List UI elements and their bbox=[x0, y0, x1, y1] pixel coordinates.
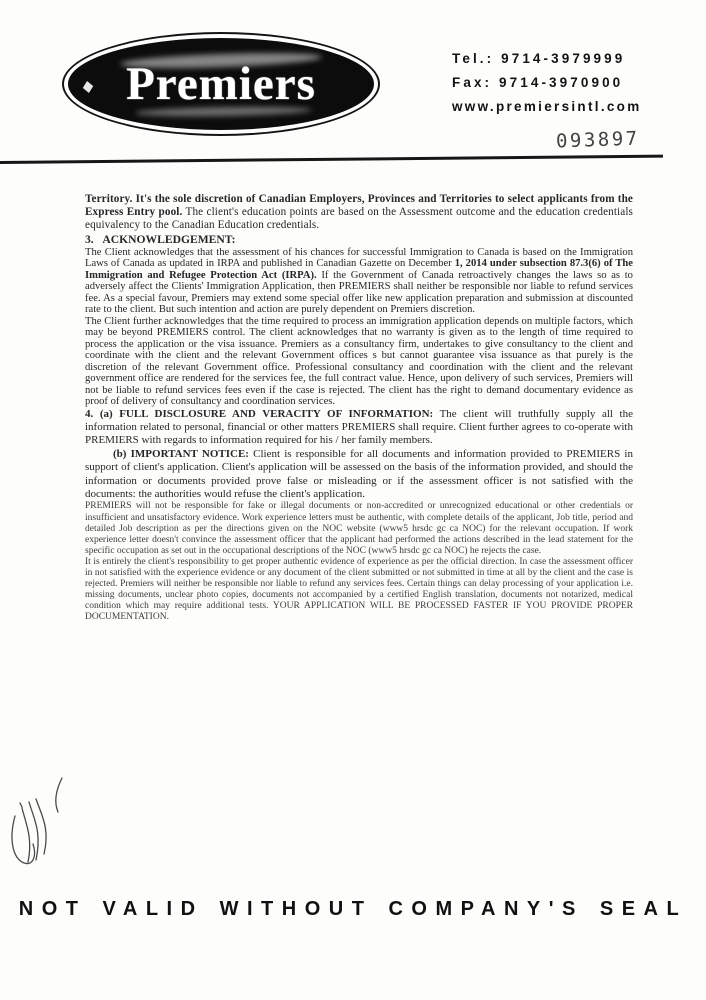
contract-text: Territory. It's the sole discretion of C… bbox=[85, 193, 633, 623]
premiers-logo-oval: Premiers bbox=[68, 38, 374, 130]
paragraph-important-notice: (b) IMPORTANT NOTICE: Client is responsi… bbox=[85, 448, 633, 502]
paragraph-acknowledgement-1: The Client acknowledges that the assessm… bbox=[85, 247, 633, 316]
premiers-logo: Premiers bbox=[62, 32, 380, 136]
section-3-heading: 3. ACKNOWLEDGEMENT: bbox=[85, 233, 633, 247]
logo-spark-icon bbox=[83, 81, 93, 93]
full-disclosure-heading: 4. (a) FULL DISCLOSURE AND VERACITY OF I… bbox=[85, 408, 433, 420]
fine-print-1: PREMIERS will not be responsible for fak… bbox=[85, 501, 633, 556]
paragraph-acknowledgement-2: The Client further acknowledges that the… bbox=[85, 316, 633, 408]
scanned-contract-page: Premiers Tel.: 9714-3979999 Fax: 9714-39… bbox=[0, 0, 706, 1000]
important-notice-heading: (b) IMPORTANT NOTICE: bbox=[113, 448, 249, 460]
tel-line: Tel.: 9714-3979999 bbox=[452, 47, 642, 71]
fine-print-2: It is entirely the client's responsibili… bbox=[85, 557, 633, 624]
paragraph-full-disclosure: 4. (a) FULL DISCLOSURE AND VERACITY OF I… bbox=[85, 408, 633, 448]
logo-text: Premiers bbox=[126, 57, 316, 111]
fax-line: Fax: 9714-3970900 bbox=[452, 71, 642, 95]
website-line: www.premiersintl.com bbox=[452, 95, 642, 119]
seal-notice: NOT VALID WITHOUT COMPANY'S SEAL bbox=[0, 898, 706, 921]
contact-block: Tel.: 9714-3979999 Fax: 9714-3970900 www… bbox=[452, 47, 642, 119]
paragraph-territory: Territory. It's the sole discretion of C… bbox=[85, 193, 633, 233]
signature-scribble bbox=[6, 770, 80, 890]
header-divider bbox=[0, 155, 663, 164]
serial-number-stamp: 093897 bbox=[556, 128, 640, 153]
